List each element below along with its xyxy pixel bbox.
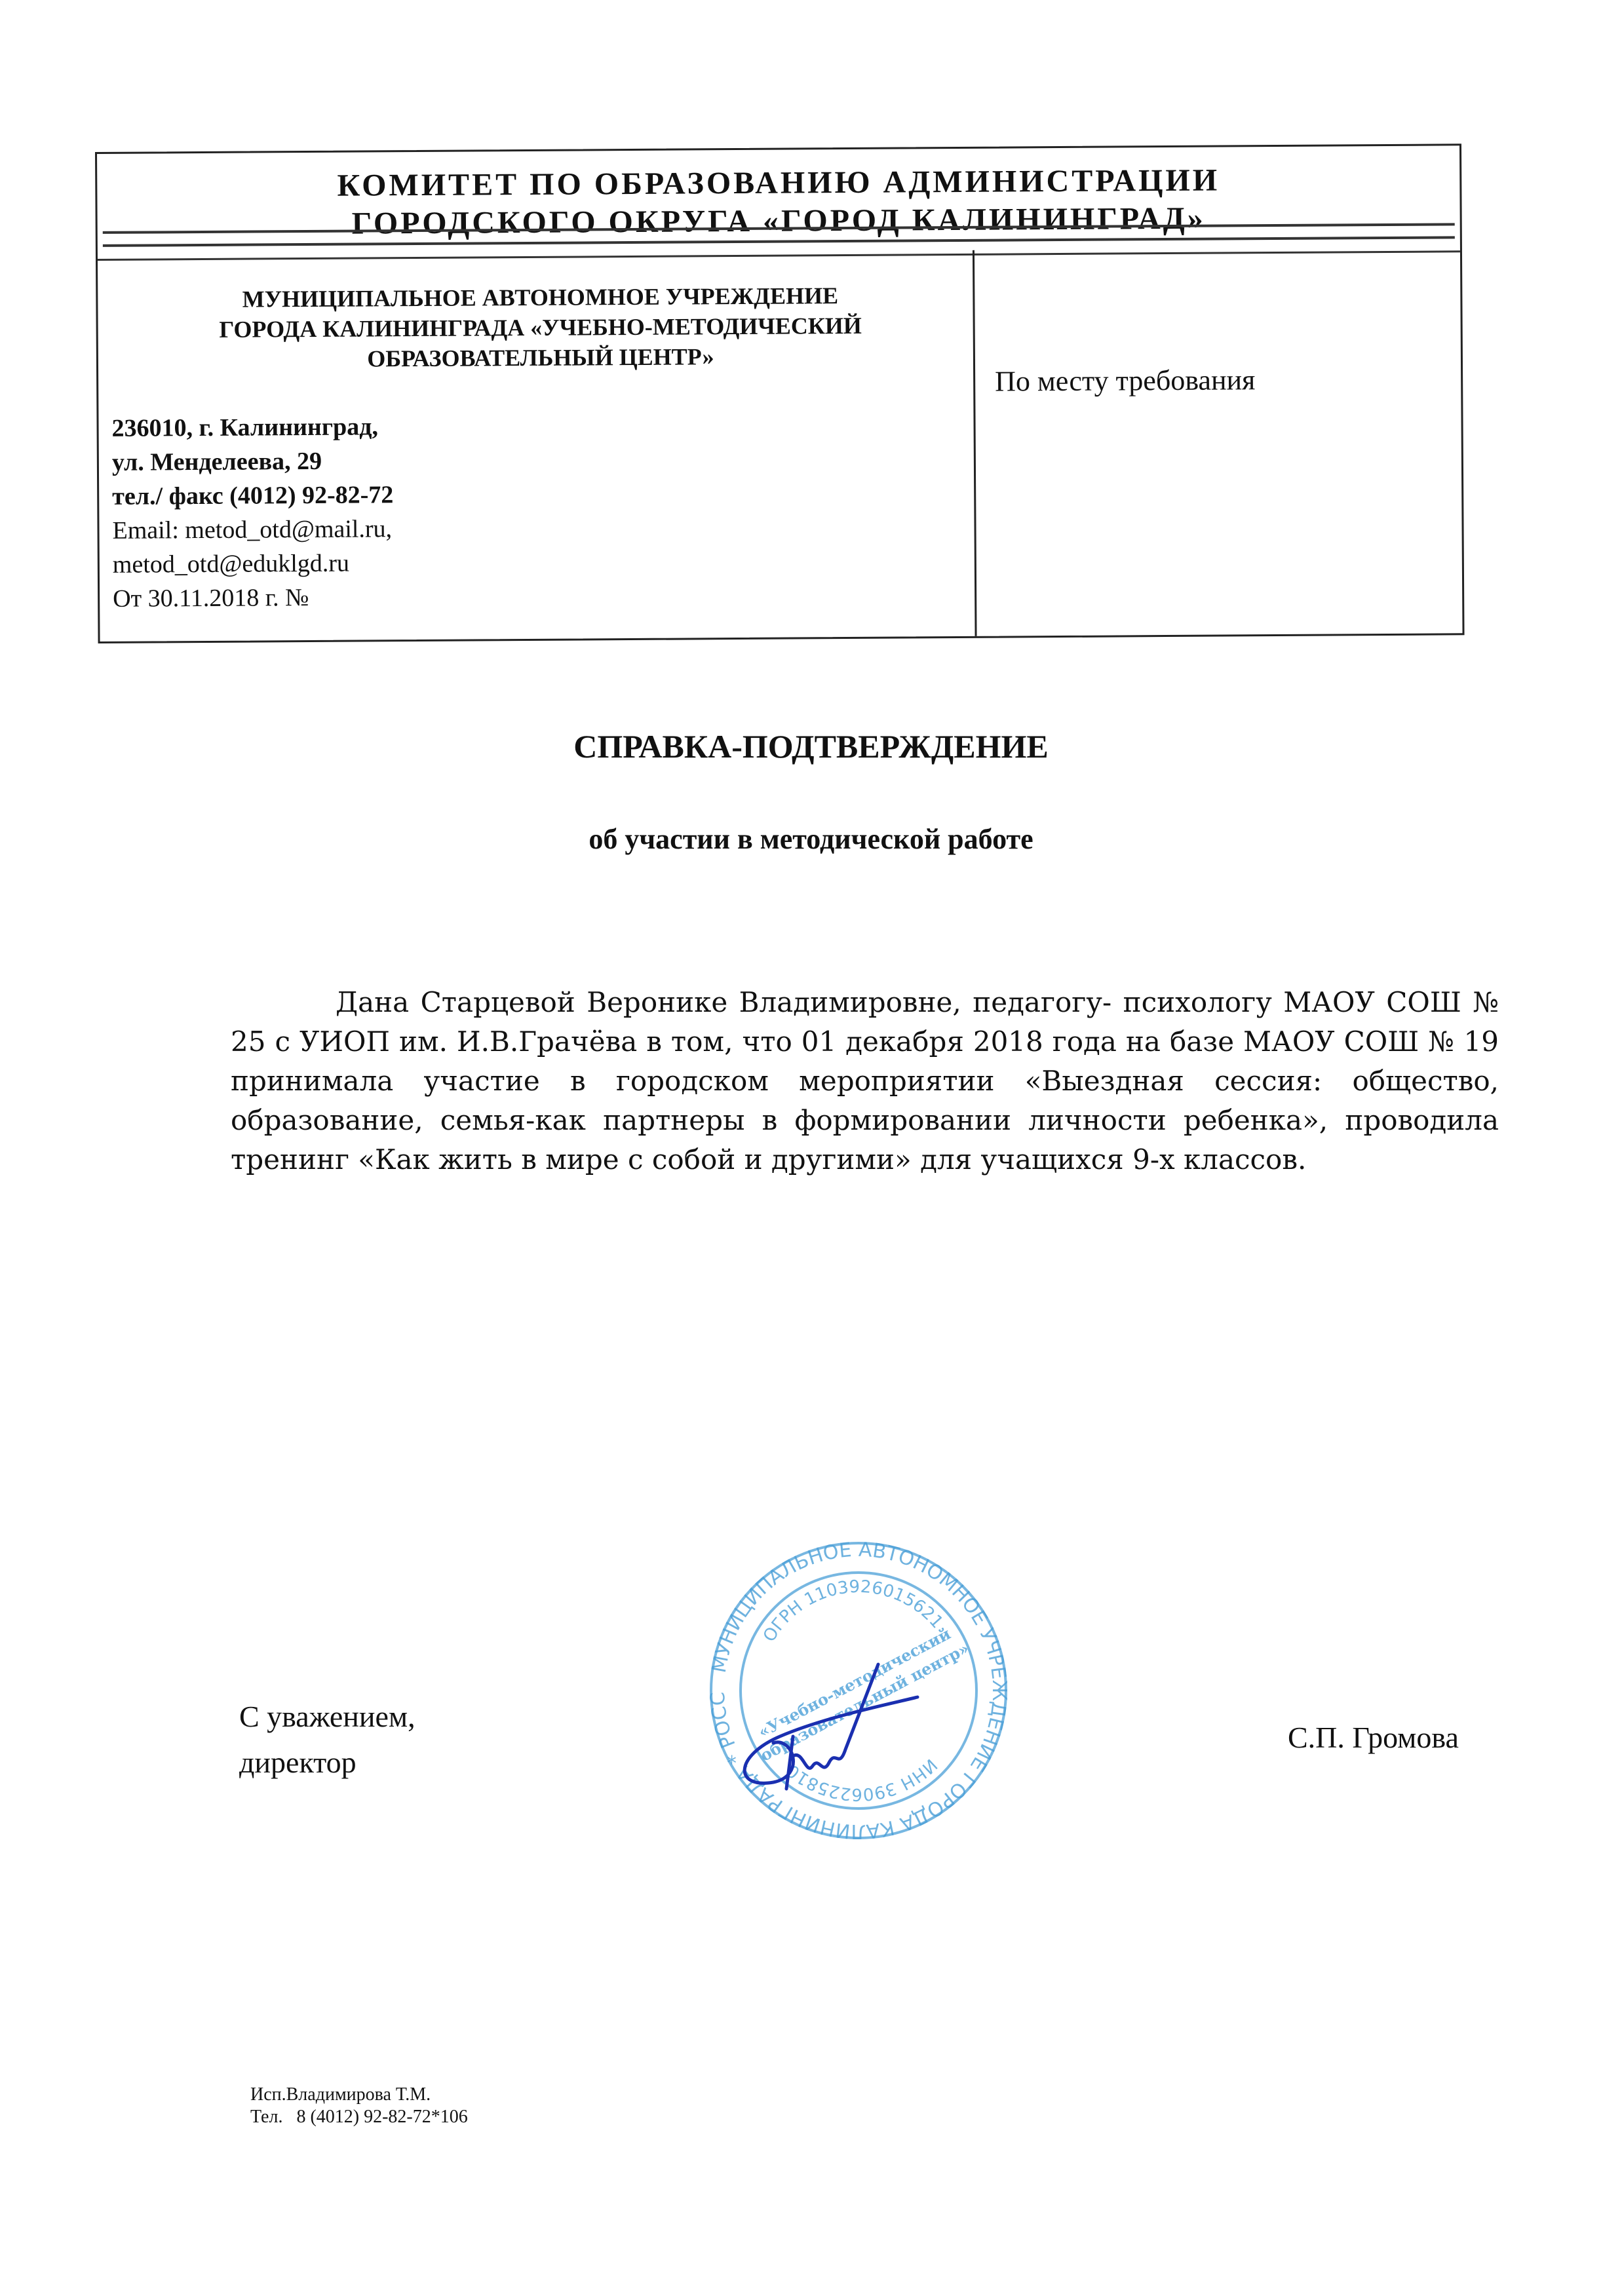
org-line-2: ГОРОДА КАЛИНИНГРАДА «УЧЕБНО-МЕТОДИЧЕСКИЙ xyxy=(125,310,957,345)
official-stamp-icon: МУНИЦИПАЛЬНОЕ АВТОНОМНОЕ УЧРЕЖДЕНИЕ ГОРО… xyxy=(695,1540,1022,1841)
address-phone: тел./ факс (4012) 92-82-72 xyxy=(112,478,393,514)
header-rule-3 xyxy=(98,250,1460,261)
organization-name: МУНИЦИПАЛЬНОЕ АВТОНОМНОЕ УЧРЕЖДЕНИЕ ГОРО… xyxy=(124,280,957,375)
address-street: ул. Менделеева, 29 xyxy=(112,444,393,480)
organization-address: 236010, г. Калининград, ул. Менделеева, … xyxy=(111,410,394,616)
column-divider xyxy=(973,250,977,636)
executor-phone: Тел. 8 (4012) 92-82-72*106 xyxy=(250,2106,468,2128)
svg-text:ОГРН 1103926015621: ОГРН 1103926015621 xyxy=(760,1577,947,1646)
document-subtitle: об участии в методической работе xyxy=(0,822,1622,856)
signer-position: директор xyxy=(239,1740,415,1786)
address-postal: 236010, г. Калининград, xyxy=(111,410,393,446)
address-email-1: Email: metod_otd@mail.ru, xyxy=(112,512,393,548)
org-line-3: ОБРАЗОВАТЕЛЬНЫЙ ЦЕНТР» xyxy=(125,340,957,375)
address-email-2: metod_otd@eduklgd.ru xyxy=(113,546,394,582)
letterhead-box: КОМИТЕТ ПО ОБРАЗОВАНИЮ АДМИНИСТРАЦИИ ГОР… xyxy=(95,143,1465,643)
org-line-1: МУНИЦИПАЛЬНОЕ АВТОНОМНОЕ УЧРЕЖДЕНИЕ xyxy=(124,280,956,315)
document-body: Дана Старцевой Веронике Владимировне, пе… xyxy=(231,983,1499,1179)
signer-name: С.П. Громова xyxy=(1288,1720,1459,1755)
recipient: По месту требования xyxy=(995,363,1255,398)
document-title: СПРАВКА-ПОДТВЕРЖДЕНИЕ xyxy=(0,727,1622,765)
executor-info: Исп.Владимирова Т.М. Тел. 8 (4012) 92-82… xyxy=(250,2084,468,2128)
signature-block: С уважением, директор xyxy=(239,1694,415,1786)
regards-text: С уважением, xyxy=(239,1694,415,1740)
document-date-number: От 30.11.2018 г. № xyxy=(113,580,394,616)
executor-name: Исп.Владимирова Т.М. xyxy=(250,2084,468,2106)
